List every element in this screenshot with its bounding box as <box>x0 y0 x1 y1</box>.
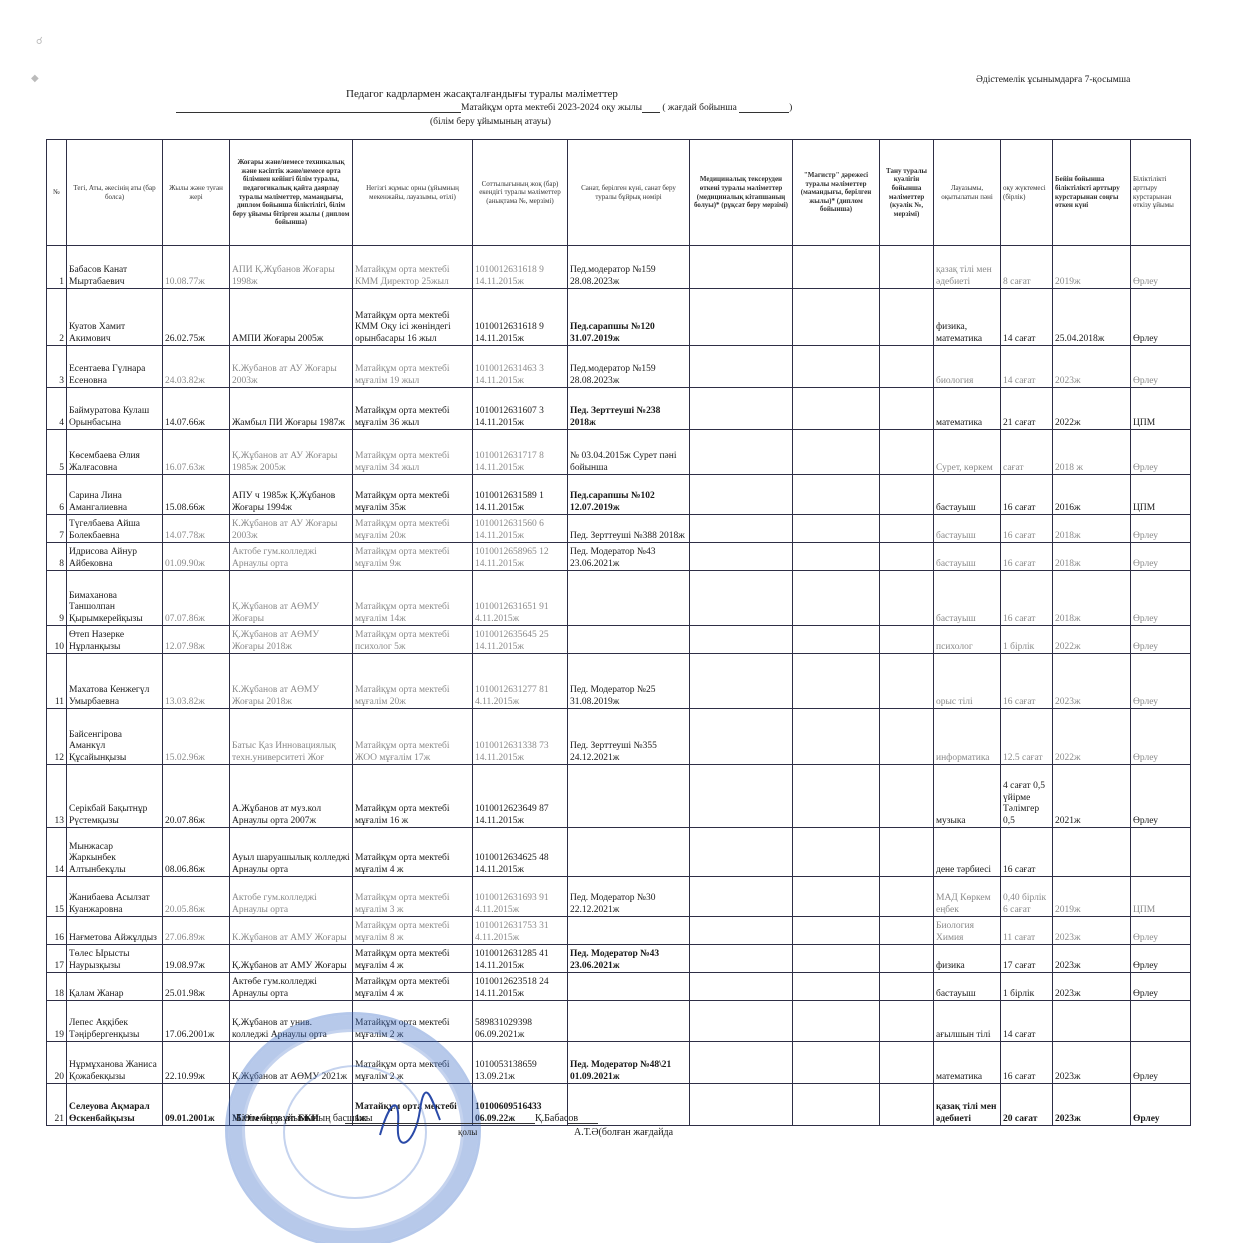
birth-date: 19.08.97ж <box>163 945 230 973</box>
category: Пед. Модератор №25 31.08.2019ж <box>568 654 690 709</box>
record-certificate: 1010012631463 3 14.11.2015ж <box>473 346 568 388</box>
teaching-load: 16 сағат <box>1001 571 1053 626</box>
subject: математика <box>934 388 1001 430</box>
table-row: 2Куатов Хамит Акимович26.02.75жАМПИ Жоға… <box>47 289 1191 346</box>
row-number: 16 <box>47 917 67 945</box>
master-degree <box>793 917 880 945</box>
recognition-cert <box>880 1084 934 1126</box>
row-number: 7 <box>47 515 67 543</box>
workplace: Матайқұм орта мектебі ЖОО мұғалім 17ж <box>353 709 473 765</box>
subject: музыка <box>934 765 1001 828</box>
recognition-cert <box>880 246 934 289</box>
signature-line <box>345 1123 535 1124</box>
column-header: Біліктілікті арттыру курстарынан өткізу … <box>1131 140 1191 246</box>
category <box>568 917 690 945</box>
category <box>568 765 690 828</box>
row-number: 10 <box>47 626 67 654</box>
subject: психолог <box>934 626 1001 654</box>
teaching-load: 16 сағат <box>1001 515 1053 543</box>
blank-line <box>739 112 789 113</box>
teacher-name: Нұрмұханова Жаниса Қожабекқызы <box>67 1042 163 1084</box>
course-org: Өрлеу <box>1131 1042 1191 1084</box>
course-date: 2023ж <box>1053 917 1131 945</box>
medical-check <box>690 945 793 973</box>
birth-date: 01.09.90ж <box>163 543 230 571</box>
course-date: 25.04.2018ж <box>1053 289 1131 346</box>
teacher-name: Байсенгірова Аманкүл Құсайынқызы <box>67 709 163 765</box>
medical-check <box>690 289 793 346</box>
column-header: оқу жүктемесі (бірлік) <box>1001 140 1053 246</box>
table-row: 12Байсенгірова Аманкүл Құсайынқызы15.02.… <box>47 709 1191 765</box>
teaching-load: 1 бірлік <box>1001 973 1053 1001</box>
birth-date: 20.07.86ж <box>163 765 230 828</box>
recognition-cert <box>880 973 934 1001</box>
school-and-year: Матайқұм орта мектебі 2023-2024 оқу жылы <box>461 103 642 113</box>
category: Пед.модератор №159 28.08.2023ж <box>568 346 690 388</box>
recognition-cert <box>880 654 934 709</box>
subject: бастауыш <box>934 571 1001 626</box>
record-certificate: 1010012631560 6 14.11.2015ж <box>473 515 568 543</box>
record-certificate: 1010012631338 73 14.11.2015ж <box>473 709 568 765</box>
teacher-name: Көсембаева Әлия Жалғасовна <box>67 430 163 475</box>
row-number: 14 <box>47 828 67 877</box>
table-row: 5Көсембаева Әлия Жалғасовна16.07.63жҚ.Жұ… <box>47 430 1191 475</box>
category: Пед. Модератор №43 23.06.2021ж <box>568 543 690 571</box>
category: Пед. Модератор №43 23.06.2021ж <box>568 945 690 973</box>
row-number: 5 <box>47 430 67 475</box>
medical-check <box>690 543 793 571</box>
record-certificate: 1010012623518 24 14.11.2015ж <box>473 973 568 1001</box>
course-date: 2023ж <box>1053 973 1131 1001</box>
subject: Сурет, көркем <box>934 430 1001 475</box>
column-header: Жылы және туған жері <box>163 140 230 246</box>
column-header: № <box>47 140 67 246</box>
org-caption: (білім беру ұйымының атауы) <box>430 117 551 127</box>
category: Пед. Зерттеуші №388 2018ж <box>568 515 690 543</box>
recognition-cert <box>880 430 934 475</box>
birth-date: 15.08.66ж <box>163 475 230 515</box>
birth-date: 20.05.86ж <box>163 877 230 917</box>
table-row: 17Төлес Ырысты Наурызқызы19.08.97жҚ.Жұба… <box>47 945 1191 973</box>
education: АПУ ч 1985ж Қ.Жұбанов Жоғары 1994ж <box>230 475 353 515</box>
teacher-name: Серікбай Бақытнұр Рүстемқызы <box>67 765 163 828</box>
recognition-cert <box>880 543 934 571</box>
workplace: Матайқұм орта мектебі мұғалім 14ж <box>353 571 473 626</box>
row-number: 2 <box>47 289 67 346</box>
scan-artifact: ◆ <box>31 73 39 84</box>
teacher-name: Баймуратова Кулаш Орынбасына <box>67 388 163 430</box>
subject: бастауыш <box>934 475 1001 515</box>
teaching-load: 12.5 сағат <box>1001 709 1053 765</box>
teaching-load: сағат <box>1001 430 1053 475</box>
category <box>568 571 690 626</box>
teacher-name: Куатов Хамит Акимович <box>67 289 163 346</box>
recognition-cert <box>880 765 934 828</box>
category: Пед. Модератор №30 22.12.2021ж <box>568 877 690 917</box>
course-date <box>1053 1001 1131 1042</box>
course-date: 2018ж <box>1053 515 1131 543</box>
recognition-cert <box>880 289 934 346</box>
birth-date: 17.06.2001ж <box>163 1001 230 1042</box>
education: Ауыл шаруашылық колледжі Арнаулы орта <box>230 828 353 877</box>
subject: ағылшын тілі <box>934 1001 1001 1042</box>
birth-date: 15.02.96ж <box>163 709 230 765</box>
education: К.Жұбанов ат АУ Жоғары 2003ж <box>230 515 353 543</box>
teaching-load: 21 сағат <box>1001 388 1053 430</box>
record-certificate: 589831029398 06.09.2021ж <box>473 1001 568 1042</box>
medical-check <box>690 346 793 388</box>
teaching-load: 14 сағат <box>1001 1001 1053 1042</box>
education: К.Жұбанов ат АӨМУ Жоғары 2018ж <box>230 654 353 709</box>
row-number: 8 <box>47 543 67 571</box>
table-row: 6Сарина Лина Амангалиевна15.08.66жАПУ ч … <box>47 475 1191 515</box>
workplace: Матайқұм орта мектебі мұғалім 2 ж <box>353 1042 473 1084</box>
education: Қ.Жұбанов ат АӨМУ 2021ж <box>230 1042 353 1084</box>
workplace: Матайқұм орта мектебі психолог 5ж <box>353 626 473 654</box>
table-row: 10Өтеп Назерке Нұрланқызы12.07.98жҚ.Жұба… <box>47 626 1191 654</box>
course-org: ЦПМ <box>1131 475 1191 515</box>
teacher-name: Қалам Жанар <box>67 973 163 1001</box>
master-degree <box>793 765 880 828</box>
row-number: 15 <box>47 877 67 917</box>
education: АПИ Қ.Жұбанов Жоғары 1998ж <box>230 246 353 289</box>
workplace: Матайқұм орта мектебі мұғалім 20ж <box>353 515 473 543</box>
course-org: Өрлеу <box>1131 289 1191 346</box>
row-number: 18 <box>47 973 67 1001</box>
category: Пед.сарапшы №120 31.07.2019ж <box>568 289 690 346</box>
medical-check <box>690 1084 793 1126</box>
medical-check <box>690 515 793 543</box>
record-certificate: 1010012631651 91 4.11.2015ж <box>473 571 568 626</box>
recognition-cert <box>880 709 934 765</box>
teacher-name: Нағметова Айжұлдыз <box>67 917 163 945</box>
teaching-load: 20 сағат <box>1001 1084 1053 1126</box>
medical-check <box>690 877 793 917</box>
workplace: Матайқұм орта мектебі мұғалім 35ж <box>353 475 473 515</box>
teaching-load: 4 сағат 0,5 үйірме Тәлімгер 0,5 <box>1001 765 1053 828</box>
course-date: 2022ж <box>1053 709 1131 765</box>
teaching-load: 16 сағат <box>1001 654 1053 709</box>
education: Қ.Жұбанов ат АУ Жоғары 1985ж 2005ж <box>230 430 353 475</box>
blank-line <box>176 112 461 113</box>
course-date: 2018 ж <box>1053 430 1131 475</box>
teacher-name: Төлес Ырысты Наурызқызы <box>67 945 163 973</box>
table-row: 13Серікбай Бақытнұр Рүстемқызы20.07.86жА… <box>47 765 1191 828</box>
category <box>568 1084 690 1126</box>
medical-check <box>690 917 793 945</box>
master-degree <box>793 571 880 626</box>
table-row: 21Селеуова Ақмарал Өскенбайқызы09.01.200… <box>47 1084 1191 1126</box>
education: Қ.Жұбанов ат АӨМУ Жоғары <box>230 571 353 626</box>
master-degree <box>793 626 880 654</box>
course-date <box>1053 828 1131 877</box>
record-certificate: 1010012623649 87 14.11.2015ж <box>473 765 568 828</box>
category: Пед. Зерттеуші №238 2018ж <box>568 388 690 430</box>
category: Пед. Модератор №48\21 01.09.2021ж <box>568 1042 690 1084</box>
teaching-load: 0,40 бірлік 6 сағат <box>1001 877 1053 917</box>
table-row: 15Жанибаева Асылзат Куанжаровна20.05.86ж… <box>47 877 1191 917</box>
teacher-name: Идрисова Айнур Айбековна <box>67 543 163 571</box>
master-degree <box>793 654 880 709</box>
teacher-name: Өтеп Назерке Нұрланқызы <box>67 626 163 654</box>
record-certificate: 1010012658965 12 14.11.2015ж <box>473 543 568 571</box>
birth-date: 07.07.86ж <box>163 571 230 626</box>
subject: математика <box>934 1042 1001 1084</box>
teacher-name: Селеуова Ақмарал Өскенбайқызы <box>67 1084 163 1126</box>
column-header: Тану туралы куәлігін бойынша мәліметтер … <box>880 140 934 246</box>
table-row: 3Есентаева Гүлнара Есеновна24.03.82жК.Жу… <box>47 346 1191 388</box>
master-degree <box>793 346 880 388</box>
master-degree <box>793 515 880 543</box>
record-certificate: 1010012631717 8 14.11.2015ж <box>473 430 568 475</box>
master-degree <box>793 877 880 917</box>
teacher-name: Лепес Аққібек Тәңірбергенқызы <box>67 1001 163 1042</box>
medical-check <box>690 709 793 765</box>
record-certificate: 1010012635645 25 14.11.2015ж <box>473 626 568 654</box>
subject: МАД Көркем еңбек <box>934 877 1001 917</box>
category: № 03.04.2015ж Сурет пәні бойынша <box>568 430 690 475</box>
teaching-load: 16 сағат <box>1001 475 1053 515</box>
column-header: Негізгі жұмыс орны (ұйымның мекенжайы, л… <box>353 140 473 246</box>
annex-label: Әдістемелік ұсынымдарға 7-қосымша <box>976 75 1130 85</box>
row-number: 20 <box>47 1042 67 1084</box>
course-date: 2022ж <box>1053 626 1131 654</box>
record-certificate: 1010053138659 13.09.21ж <box>473 1042 568 1084</box>
course-org: Өрлеу <box>1131 430 1191 475</box>
medical-check <box>690 1042 793 1084</box>
recognition-cert <box>880 945 934 973</box>
teaching-load: 8 сағат <box>1001 246 1053 289</box>
document-title: Педагог кадрлармен жасақталғандығы турал… <box>346 88 618 100</box>
table-header-row: №Тегі, Аты, әкесінің аты (бар болса)Жылы… <box>47 140 1191 246</box>
birth-date: 27.06.89ж <box>163 917 230 945</box>
master-degree <box>793 945 880 973</box>
teaching-load: 16 сағат <box>1001 1042 1053 1084</box>
teaching-load: 17 сағат <box>1001 945 1053 973</box>
table-row: 16Нағметова Айжұлдыз27.06.89жК.Жұбанов а… <box>47 917 1191 945</box>
medical-check <box>690 571 793 626</box>
course-org: Өрлеу <box>1131 543 1191 571</box>
workplace: Матайқұм орта мектебі КММ Директор 25жыл <box>353 246 473 289</box>
medical-check <box>690 654 793 709</box>
workplace: Матайқұм орта мектебі мұғалім 16 ж <box>353 765 473 828</box>
medical-check <box>690 626 793 654</box>
table-row: 11Махатова Кенжегүл Умырбаевна13.03.82жК… <box>47 654 1191 709</box>
teaching-load: 16 сағат <box>1001 828 1053 877</box>
medical-check <box>690 475 793 515</box>
master-degree <box>793 543 880 571</box>
master-degree <box>793 388 880 430</box>
teacher-name: Бабасов Канат Мыртабаевич <box>67 246 163 289</box>
course-org: Өрлеу <box>1131 945 1191 973</box>
recognition-cert <box>880 626 934 654</box>
teaching-load: 1 бірлік <box>1001 626 1053 654</box>
birth-date: 16.07.63ж <box>163 430 230 475</box>
column-header: Бейін бойынша біліктілікті арттыру курст… <box>1053 140 1131 246</box>
document-subtitle: Матайқұм орта мектебі 2023-2024 оқу жылы… <box>176 103 792 113</box>
record-certificate: 1010012631589 1 14.11.2015ж <box>473 475 568 515</box>
education: Актобе гум.колледжі Арнаулы орта <box>230 543 353 571</box>
subject: информатика <box>934 709 1001 765</box>
master-degree <box>793 1042 880 1084</box>
subject: биология <box>934 346 1001 388</box>
subject: қазақ тілі мен әдебиеті <box>934 1084 1001 1126</box>
subject: Биология Химия <box>934 917 1001 945</box>
workplace: Матайқұм орта мектебі мұғалім 4 ж <box>353 945 473 973</box>
medical-check <box>690 828 793 877</box>
table-row: 1Бабасов Канат Мыртабаевич10.08.77жАПИ Қ… <box>47 246 1191 289</box>
category: Пед.модератор №159 28.08.2023ж <box>568 246 690 289</box>
course-date: 2023ж <box>1053 346 1131 388</box>
medical-check <box>690 246 793 289</box>
category <box>568 626 690 654</box>
course-date: 2021ж <box>1053 765 1131 828</box>
medical-check <box>690 765 793 828</box>
table-row: 20Нұрмұханова Жаниса Қожабекқызы22.10.99… <box>47 1042 1191 1084</box>
education: Жамбыл ПИ Жоғары 1987ж <box>230 388 353 430</box>
record-certificate: 1010012631285 41 14.11.2015ж <box>473 945 568 973</box>
row-number: 9 <box>47 571 67 626</box>
subject: бастауыш <box>934 973 1001 1001</box>
record-certificate: 1010012631693 91 4.11.2015ж <box>473 877 568 917</box>
row-number: 17 <box>47 945 67 973</box>
course-date: 2022ж <box>1053 388 1131 430</box>
teacher-name: Сарина Лина Амангалиевна <box>67 475 163 515</box>
birth-date: 12.07.98ж <box>163 626 230 654</box>
recognition-cert <box>880 877 934 917</box>
record-certificate: 1010012634625 48 14.11.2015ж <box>473 828 568 877</box>
subject: бастауыш <box>934 543 1001 571</box>
subject: физика, математика <box>934 289 1001 346</box>
course-org: ЦПМ <box>1131 877 1191 917</box>
birth-date: 10.08.77ж <box>163 246 230 289</box>
master-degree <box>793 289 880 346</box>
row-number: 12 <box>47 709 67 765</box>
recognition-cert <box>880 917 934 945</box>
table-row: 7Түгелбаева Айша Болекбаевна14.07.78жК.Ж… <box>47 515 1191 543</box>
course-date: 2016ж <box>1053 475 1131 515</box>
course-org: Өрлеу <box>1131 709 1191 765</box>
course-org: Өрлеу <box>1131 346 1191 388</box>
row-number: 21 <box>47 1084 67 1126</box>
education: АМПИ Жоғары 2005ж <box>230 289 353 346</box>
teaching-load: 16 сағат <box>1001 543 1053 571</box>
sign-label: қолы <box>458 1127 477 1137</box>
recognition-cert <box>880 1001 934 1042</box>
record-certificate: 1010012631277 81 4.11.2015ж <box>473 654 568 709</box>
column-header: Жоғары және/немесе техникалық және кәсіп… <box>230 140 353 246</box>
recognition-cert <box>880 571 934 626</box>
education: Қ.Жұбанов ат АӨМУ Жоғары 2018ж <box>230 626 353 654</box>
teacher-name: Түгелбаева Айша Болекбаевна <box>67 515 163 543</box>
recognition-cert <box>880 515 934 543</box>
teacher-name: Бимаханова Таншолпан Қырымкерейқызы <box>67 571 163 626</box>
workplace: Матайқұм орта мектебі мұғалім 4 ж <box>353 973 473 1001</box>
birth-date: 22.10.99ж <box>163 1042 230 1084</box>
workplace: Матайқұм орта мектебі мұғалім 34 жыл <box>353 430 473 475</box>
column-header: Лауазымы, оқытылатын пәні <box>934 140 1001 246</box>
subject: бастауыш <box>934 515 1001 543</box>
subject: қазақ тілі мен әдебиеті <box>934 246 1001 289</box>
row-number: 1 <box>47 246 67 289</box>
education: Батыс Қаз Инновациялық техн.университеті… <box>230 709 353 765</box>
blank-line <box>642 112 660 113</box>
subject: орыс тілі <box>934 654 1001 709</box>
medical-check <box>690 973 793 1001</box>
subject: физика <box>934 945 1001 973</box>
course-date: 2023ж <box>1053 1042 1131 1084</box>
record-certificate: 1010012631753 31 4.11.2015ж <box>473 917 568 945</box>
workplace: Матайқұм орта мектебі мұғалім 8 ж <box>353 917 473 945</box>
workplace: Матайқұм орта мектебі мұғалім 9ж <box>353 543 473 571</box>
course-date: 2023ж <box>1053 654 1131 709</box>
table-body: 1Бабасов Канат Мыртабаевич10.08.77жАПИ Қ… <box>47 246 1191 1126</box>
workplace: Матайқұм орта мектебі мұғалім 19 жыл <box>353 346 473 388</box>
workplace: Матайқұм орта мектебі мұғалім 36 жыл <box>353 388 473 430</box>
column-header: Санат, берілген күні, санат беру туралы … <box>568 140 690 246</box>
teacher-name: Мынжасар Жаркынбек Алтынбекұлы <box>67 828 163 877</box>
teacher-name: Жанибаева Асылзат Куанжаровна <box>67 877 163 917</box>
birth-date: 26.02.75ж <box>163 289 230 346</box>
master-degree <box>793 1001 880 1042</box>
course-org: Өрлеу <box>1131 654 1191 709</box>
table-row: 4Баймуратова Кулаш Орынбасына14.07.66жЖа… <box>47 388 1191 430</box>
education: К.Жубанов ат АУ Жоғары 2003ж <box>230 346 353 388</box>
record-certificate: 1010012631618 9 14.11.2015ж <box>473 289 568 346</box>
record-certificate: 1010012631607 3 14.11.2015ж <box>473 388 568 430</box>
course-date: 2019ж <box>1053 246 1131 289</box>
teacher-name: Есентаева Гүлнара Есеновна <box>67 346 163 388</box>
birth-date: 09.01.2001ж <box>163 1084 230 1126</box>
workplace: Матайқұм орта мектебі мұғалім 4 ж <box>353 828 473 877</box>
teaching-load: 14 сағат <box>1001 289 1053 346</box>
state-as-of: ( жағдай бойынша <box>662 103 736 113</box>
table-row: 8Идрисова Айнур Айбековна01.09.90жАктобе… <box>47 543 1191 571</box>
record-certificate: 1010012631618 9 14.11.2015ж <box>473 246 568 289</box>
workplace: Матайқұм орта мектебі мұғалім 2 ж <box>353 1001 473 1042</box>
recognition-cert <box>880 1042 934 1084</box>
course-org: Өрлеу <box>1131 973 1191 1001</box>
master-degree <box>793 475 880 515</box>
birth-date: 08.06.86ж <box>163 828 230 877</box>
master-degree <box>793 709 880 765</box>
birth-date: 14.07.66ж <box>163 388 230 430</box>
staff-table: №Тегі, Аты, әкесінің аты (бар болса)Жылы… <box>46 139 1191 1126</box>
scan-artifact: ☌ <box>36 36 43 47</box>
medical-check <box>690 388 793 430</box>
category <box>568 828 690 877</box>
column-header: "Магистр" дәрежесі туралы мәліметтер (ма… <box>793 140 880 246</box>
course-org <box>1131 828 1191 877</box>
row-number: 6 <box>47 475 67 515</box>
table-row: 18Қалам Жанар25.01.98жАктөбе гум.колледж… <box>47 973 1191 1001</box>
teaching-load: 14 сағат <box>1001 346 1053 388</box>
course-date: 2018ж <box>1053 571 1131 626</box>
master-degree <box>793 973 880 1001</box>
course-date: 2018ж <box>1053 543 1131 571</box>
education: Актөбе гум.колледжі Арнаулы орта <box>230 973 353 1001</box>
master-degree <box>793 1084 880 1126</box>
master-degree <box>793 246 880 289</box>
table-row: 14Мынжасар Жаркынбек Алтынбекұлы08.06.86… <box>47 828 1191 877</box>
column-header: Тегі, Аты, әкесінің аты (бар болса) <box>67 140 163 246</box>
course-org: Өрлеу <box>1131 626 1191 654</box>
course-org: ЦПМ <box>1131 388 1191 430</box>
course-org: Өрлеу <box>1131 765 1191 828</box>
teaching-load: 11 сағат <box>1001 917 1053 945</box>
birth-date: 14.07.78ж <box>163 515 230 543</box>
category <box>568 973 690 1001</box>
